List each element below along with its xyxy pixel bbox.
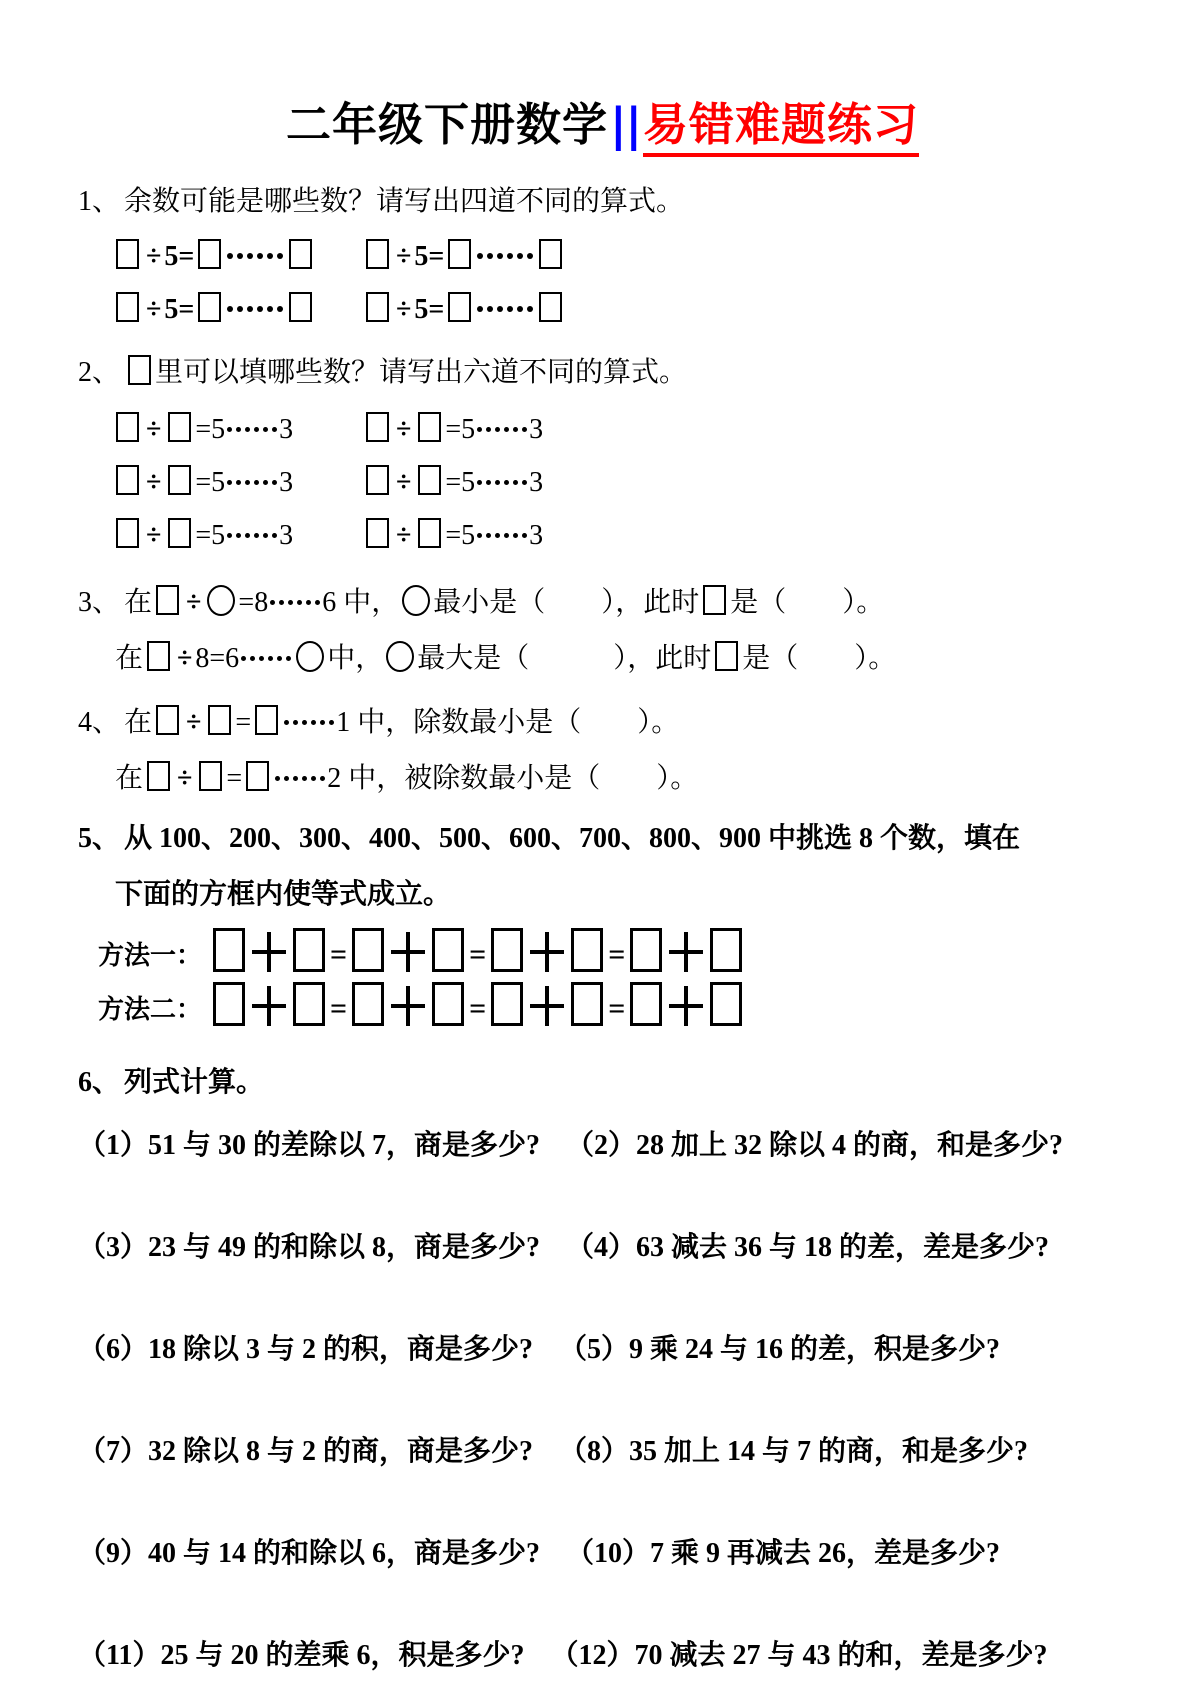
problem-7: （7）32 除以 8 与 2 的商，商是多少?	[78, 1434, 533, 1470]
remainder-dot	[504, 533, 509, 538]
remainder-dot	[495, 533, 500, 538]
title-separator: ||	[608, 98, 643, 151]
remainder-dot	[237, 253, 243, 259]
remainder-dot	[259, 656, 264, 661]
remainder-dot	[286, 656, 291, 661]
equation-text: =5	[195, 467, 225, 498]
square-blank	[366, 465, 389, 495]
square-blank	[208, 705, 231, 735]
square-blank	[116, 518, 139, 548]
remainder-dot	[263, 533, 268, 538]
square-blank	[539, 239, 562, 269]
square-blank	[418, 518, 441, 548]
equation-text: 3	[529, 467, 543, 498]
equation-blank: ÷=53	[112, 410, 362, 450]
remainder-dot	[272, 480, 277, 485]
remainder-dot	[522, 533, 527, 538]
worksheet-page: 二年级下册数学||易错难题练习 1、余数可能是哪些数？请写出四道不同的算式。 ÷…	[0, 0, 1191, 1684]
equation-text: =5	[445, 414, 475, 445]
equation-blank: ÷5=	[112, 237, 362, 277]
remainder-dot	[279, 600, 284, 605]
method-2-label: 方法二：	[98, 995, 208, 1024]
remainder-dot	[272, 533, 277, 538]
divide-operator: ÷	[143, 467, 164, 498]
item-6-number: 6、	[78, 1067, 124, 1098]
plus-icon	[669, 932, 703, 972]
problem-10: （10）7 乘 9 再减去 26，差是多少?	[566, 1536, 1000, 1572]
equation-text: 在	[124, 587, 152, 618]
method-1-label: 方法一：	[98, 941, 208, 970]
remainder-dot	[504, 427, 509, 432]
square-blank	[116, 239, 139, 269]
remainder-dot	[268, 656, 273, 661]
equation-text: =	[235, 707, 251, 738]
equation-text: 里可以填哪些数？请写出六道不同的算式。	[155, 357, 687, 388]
remainder-dot	[507, 306, 513, 312]
circle-blank	[402, 585, 430, 616]
item-5-text-2: 下面的方框内使等式成立。	[115, 879, 451, 910]
equation-text: 中，	[327, 643, 383, 674]
equation-text: =	[226, 763, 242, 794]
equation-text: 5=	[164, 294, 194, 325]
title-highlight: 易错难题练习	[643, 98, 919, 157]
square-blank	[418, 412, 441, 442]
square-blank	[448, 292, 471, 322]
divide-operator: ÷	[393, 467, 414, 498]
problem-8: （8）35 加上 14 与 7 的商，和是多少?	[559, 1434, 1028, 1470]
item-4-number: 4、	[78, 707, 124, 738]
remainder-dot	[477, 480, 482, 485]
problem-row: （1）51 与 30 的差除以 7，商是多少? （2）28 加上 32 除以 4…	[78, 1128, 1127, 1164]
plus-icon	[669, 986, 703, 1026]
equation-blank: ÷=53	[362, 463, 1127, 503]
plus-icon	[530, 932, 564, 972]
equation-text: 3	[279, 414, 293, 445]
equation-blank: ÷=53	[112, 516, 362, 556]
problem-row: （11）25 与 20 的差乘 6，积是多少? （12）70 减去 27 与 4…	[78, 1638, 1127, 1674]
item-5-line-2: 下面的方框内使等式成立。	[115, 876, 1127, 914]
remainder-dot	[293, 776, 298, 781]
remainder-dot	[257, 306, 263, 312]
square-blank	[366, 292, 389, 322]
remainder-dot	[477, 533, 482, 538]
equation-blank: ÷=53	[362, 410, 1127, 450]
equation-text: 在	[115, 643, 143, 674]
equation-text: 最小是（ ），此时	[433, 587, 699, 618]
item-3-line-2: 在÷8=6中，最大是（ ），此时是（ ）。	[115, 640, 1127, 678]
square-blank	[255, 705, 278, 735]
remainder-dot	[284, 720, 289, 725]
remainder-dot	[247, 253, 253, 259]
equation-text: 5=	[414, 294, 444, 325]
square-blank	[703, 585, 726, 615]
equation-blank: ÷5=	[112, 290, 362, 330]
equation-blank: ÷5=	[362, 290, 1127, 330]
problem-11: （11）25 与 20 的差乘 6，积是多少?	[78, 1638, 524, 1674]
square-blank	[448, 239, 471, 269]
item-1-text: 余数可能是哪些数？请写出四道不同的算式。	[124, 186, 684, 217]
problem-row: （6）18 除以 3 与 2 的积，商是多少? （5）9 乘 24 与 16 的…	[78, 1332, 1127, 1368]
remainder-dot	[277, 656, 282, 661]
remainder-dot	[495, 427, 500, 432]
item-1-number: 1、	[78, 186, 124, 217]
remainder-dot	[487, 253, 493, 259]
divide-operator: ÷	[143, 520, 164, 551]
square-blank	[147, 761, 170, 791]
plus-icon	[391, 932, 425, 972]
square-blank	[168, 465, 191, 495]
remainder-dot	[302, 720, 307, 725]
square-blank	[246, 761, 269, 791]
equation-text: 5=	[164, 241, 194, 272]
remainder-dot	[486, 427, 491, 432]
square-blank	[199, 761, 222, 791]
remainder-dot	[517, 306, 523, 312]
square-blank	[432, 982, 464, 1026]
item-6-prompt: 6、列式计算。	[78, 1064, 1127, 1102]
remainder-dot	[306, 600, 311, 605]
remainder-dot	[329, 720, 334, 725]
remainder-dot	[227, 533, 232, 538]
item-4-text-2: 在÷=2 中，被除数最小是（ ）。	[115, 763, 698, 794]
divide-operator: ÷	[174, 643, 195, 674]
equation-text: =	[330, 938, 347, 971]
square-blank	[168, 412, 191, 442]
plus-icon	[252, 932, 286, 972]
remainder-dot	[527, 253, 533, 259]
square-blank	[352, 928, 384, 972]
item-6-text: 列式计算。	[124, 1067, 264, 1098]
equation-text: 5=	[414, 241, 444, 272]
square-blank	[366, 518, 389, 548]
square-blank	[630, 928, 662, 972]
square-blank	[147, 641, 170, 671]
remainder-dot	[513, 480, 518, 485]
remainder-dot	[320, 776, 325, 781]
equation-text: =5	[445, 520, 475, 551]
item-5-number: 5、	[78, 823, 124, 854]
remainder-dot	[236, 533, 241, 538]
page-title: 二年级下册数学||易错难题练习	[78, 95, 1127, 155]
item-2-prompt: 2、里可以填哪些数？请写出六道不同的算式。	[78, 354, 1127, 392]
remainder-dot	[267, 253, 273, 259]
square-blank	[168, 518, 191, 548]
item-5-method-2-row: 方法二：===	[98, 982, 1127, 1036]
item-5-text-1: 从 100、200、300、400、500、600、700、800、900 中挑…	[124, 823, 1020, 854]
problem-6: （6）18 除以 3 与 2 的积，商是多少?	[78, 1332, 533, 1368]
square-blank	[116, 465, 139, 495]
problem-1: （1）51 与 30 的差除以 7，商是多少?	[78, 1128, 540, 1164]
remainder-dot	[267, 306, 273, 312]
item-5-method-1-row: 方法一：===	[98, 928, 1127, 982]
plus-icon	[252, 986, 286, 1026]
equation-text: =5	[195, 414, 225, 445]
remainder-dot	[477, 427, 482, 432]
problem-9: （9）40 与 14 的和除以 6，商是多少?	[78, 1536, 540, 1572]
equation-text: =	[608, 992, 625, 1025]
remainder-dot	[227, 306, 233, 312]
problem-row: （7）32 除以 8 与 2 的商，商是多少? （8）35 加上 14 与 7 …	[78, 1434, 1127, 1470]
equation-text: 1 中，除数最小是（ ）。	[336, 707, 679, 738]
square-blank	[213, 928, 245, 972]
equation-text: 在	[115, 763, 143, 794]
square-blank	[491, 982, 523, 1026]
square-blank	[198, 239, 221, 269]
problem-2: （2）28 加上 32 除以 4 的商，和是多少?	[566, 1128, 1063, 1164]
remainder-dot	[263, 427, 268, 432]
divide-operator: ÷	[143, 241, 164, 272]
square-blank	[289, 239, 312, 269]
remainder-dot	[486, 533, 491, 538]
equation-text: 8=6	[195, 643, 239, 674]
remainder-dot	[237, 306, 243, 312]
square-blank	[128, 355, 151, 385]
problem-row: （9）40 与 14 的和除以 6，商是多少? （10）7 乘 9 再减去 26…	[78, 1536, 1127, 1572]
divide-operator: ÷	[174, 763, 195, 794]
remainder-dot	[311, 720, 316, 725]
square-blank	[491, 928, 523, 972]
remainder-dot	[245, 533, 250, 538]
equation-text: =	[330, 992, 347, 1025]
remainder-dot	[227, 253, 233, 259]
square-blank	[156, 705, 179, 735]
square-blank	[293, 928, 325, 972]
remainder-dot	[257, 253, 263, 259]
equation-text: 在	[124, 707, 152, 738]
equation-text: 最大是（ ），此时	[417, 643, 711, 674]
remainder-dot	[277, 306, 283, 312]
remainder-dot	[270, 600, 275, 605]
equation-text: 是（ ）。	[742, 643, 896, 674]
circle-blank	[207, 585, 235, 616]
remainder-dot	[315, 600, 320, 605]
equation-text: =8	[238, 587, 268, 618]
square-blank	[116, 292, 139, 322]
remainder-dot	[311, 776, 316, 781]
remainder-dot	[263, 480, 268, 485]
problem-5: （5）9 乘 24 与 16 的差，积是多少?	[559, 1332, 1000, 1368]
equation-text: =5	[195, 520, 225, 551]
remainder-dot	[513, 427, 518, 432]
divide-operator: ÷	[183, 587, 204, 618]
remainder-dot	[477, 306, 483, 312]
divide-operator: ÷	[393, 520, 414, 551]
square-blank	[289, 292, 312, 322]
equation-text: 是（ ）。	[730, 587, 884, 618]
remainder-dot	[275, 776, 280, 781]
remainder-dot	[227, 480, 232, 485]
equation-text: =5	[445, 467, 475, 498]
square-blank	[156, 585, 179, 615]
equation-blank: ÷=53	[362, 516, 1127, 556]
square-blank	[213, 982, 245, 1026]
remainder-dot	[284, 776, 289, 781]
divide-operator: ÷	[143, 294, 164, 325]
remainder-dot	[297, 600, 302, 605]
square-blank	[366, 239, 389, 269]
remainder-dot	[236, 480, 241, 485]
remainder-dot	[293, 720, 298, 725]
equation-text: 2 中，被除数最小是（ ）。	[327, 763, 698, 794]
item-2-number: 2、	[78, 357, 124, 388]
equation-text: 3	[529, 414, 543, 445]
remainder-dot	[495, 480, 500, 485]
remainder-dot	[227, 427, 232, 432]
problem-3: （3）23 与 49 的和除以 8，商是多少?	[78, 1230, 540, 1266]
remainder-dot	[522, 427, 527, 432]
item-3-number: 3、	[78, 587, 124, 618]
equation-text: =	[469, 992, 486, 1025]
remainder-dot	[254, 427, 259, 432]
remainder-dot	[245, 480, 250, 485]
item-4-line-1: 4、在÷=1 中，除数最小是（ ）。	[78, 704, 1127, 742]
item-4-line-2: 在÷=2 中，被除数最小是（ ）。	[115, 760, 1127, 798]
divide-operator: ÷	[393, 294, 414, 325]
method-1-equation: ===	[208, 938, 747, 971]
item-1-prompt: 1、余数可能是哪些数？请写出四道不同的算式。	[78, 183, 1127, 221]
remainder-dot	[241, 656, 246, 661]
item-1-equations: ÷5= ÷5= ÷5= ÷5=	[112, 237, 1127, 330]
remainder-dot	[527, 306, 533, 312]
remainder-dot	[507, 253, 513, 259]
plus-icon	[530, 986, 564, 1026]
plus-icon	[391, 986, 425, 1026]
remainder-dot	[320, 720, 325, 725]
square-blank	[715, 641, 738, 671]
divide-operator: ÷	[143, 414, 164, 445]
problem-12: （12）70 减去 27 与 43 的和，差是多少?	[550, 1638, 1047, 1674]
square-blank	[571, 928, 603, 972]
item-2-text: 里可以填哪些数？请写出六道不同的算式。	[124, 357, 687, 388]
equation-text: 3	[529, 520, 543, 551]
equation-text: 3	[279, 467, 293, 498]
item-4-text-1: 在÷=1 中，除数最小是（ ）。	[124, 707, 679, 738]
remainder-dot	[486, 480, 491, 485]
equation-blank: ÷5=	[362, 237, 1127, 277]
square-blank	[366, 412, 389, 442]
remainder-dot	[513, 533, 518, 538]
divide-operator: ÷	[393, 241, 414, 272]
square-blank	[710, 982, 742, 1026]
square-blank	[630, 982, 662, 1026]
item-5-line-1: 5、从 100、200、300、400、500、600、700、800、900 …	[78, 820, 1127, 858]
remainder-dot	[477, 253, 483, 259]
item-3-text-1: 在÷=86 中，最小是（ ），此时是（ ）。	[124, 587, 884, 618]
square-blank	[418, 465, 441, 495]
remainder-dot	[288, 600, 293, 605]
circle-blank	[296, 641, 324, 672]
square-blank	[198, 292, 221, 322]
equation-text: 3	[279, 520, 293, 551]
equation-text: 6 中，	[322, 587, 399, 618]
remainder-dot	[302, 776, 307, 781]
square-blank	[432, 928, 464, 972]
problem-4: （4）63 减去 36 与 18 的差，差是多少?	[566, 1230, 1049, 1266]
square-blank	[116, 412, 139, 442]
item-2-equations: ÷=53 ÷=53 ÷=53 ÷=53 ÷=53 ÷=53	[112, 410, 1127, 556]
square-blank	[293, 982, 325, 1026]
remainder-dot	[272, 427, 277, 432]
item-3-line-1: 3、在÷=86 中，最小是（ ），此时是（ ）。	[78, 584, 1127, 622]
remainder-dot	[504, 480, 509, 485]
equation-text: =	[469, 938, 486, 971]
equation-text: =	[608, 938, 625, 971]
remainder-dot	[250, 656, 255, 661]
method-2-equation: ===	[208, 992, 747, 1025]
square-blank	[539, 292, 562, 322]
remainder-dot	[497, 253, 503, 259]
equation-blank: ÷=53	[112, 463, 362, 503]
remainder-dot	[517, 253, 523, 259]
circle-blank	[386, 641, 414, 672]
problem-row: （3）23 与 49 的和除以 8，商是多少? （4）63 减去 36 与 18…	[78, 1230, 1127, 1266]
remainder-dot	[247, 306, 253, 312]
divide-operator: ÷	[183, 707, 204, 738]
remainder-dot	[497, 306, 503, 312]
remainder-dot	[254, 533, 259, 538]
divide-operator: ÷	[393, 414, 414, 445]
square-blank	[571, 982, 603, 1026]
square-blank	[352, 982, 384, 1026]
remainder-dot	[487, 306, 493, 312]
remainder-dot	[254, 480, 259, 485]
remainder-dot	[277, 253, 283, 259]
remainder-dot	[236, 427, 241, 432]
title-main: 二年级下册数学	[286, 98, 608, 151]
remainder-dot	[245, 427, 250, 432]
remainder-dot	[522, 480, 527, 485]
square-blank	[710, 928, 742, 972]
item-3-text-2: 在÷8=6中，最大是（ ），此时是（ ）。	[115, 643, 896, 674]
